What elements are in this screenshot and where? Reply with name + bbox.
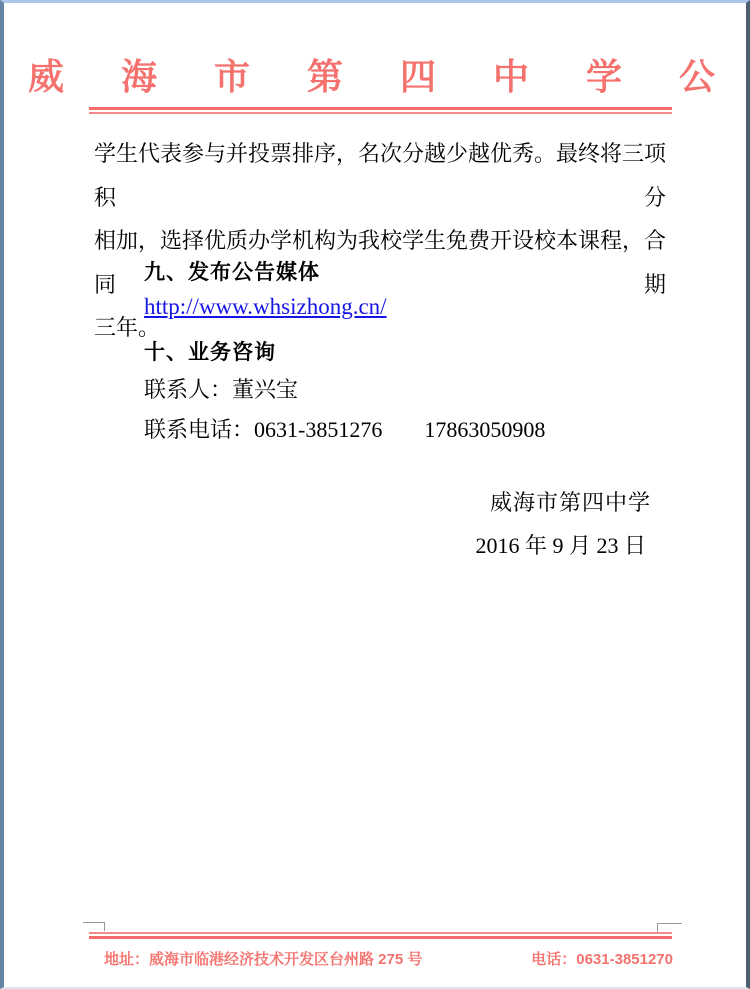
footer-phone: 电话：0631-3851270 xyxy=(531,948,673,969)
school-website-link[interactable]: http://www.whsizhong.cn/ xyxy=(144,294,387,320)
text-boundary-mark-right xyxy=(657,923,682,932)
contact-phone-number-1: 0631-3851276 xyxy=(254,417,382,442)
signature-school-name: 威海市第四中学 xyxy=(490,486,651,517)
footer-divider-thick-line xyxy=(89,936,672,939)
letterhead-divider-thin-line xyxy=(89,112,672,114)
paragraph-line: 学生代表参与并投票排序，名次分越少越优秀。最终将三项积分 xyxy=(94,132,666,219)
text-boundary-mark-left xyxy=(83,922,105,931)
contact-phone-label: 联系电话： xyxy=(144,417,254,442)
contact-phone-line: 联系电话：0631-385127617863050908 xyxy=(144,413,545,444)
footer-divider xyxy=(89,932,672,939)
letter-page: 威 海 市 第 四 中 学 公 用 笺 学生代表参与并投票排序，名次分越少越优秀… xyxy=(0,0,750,989)
footer-address: 地址：威海市临港经济技术开发区台州路 275 号 xyxy=(104,948,422,969)
signature-date: 2016 年 9 月 23 日 xyxy=(475,529,646,560)
contact-phone-number-2: 17863050908 xyxy=(424,417,545,442)
letterhead-title: 威 海 市 第 四 中 学 公 用 笺 xyxy=(4,49,746,100)
footer: 地址：威海市临港经济技术开发区台州路 275 号 电话：0631-3851270 xyxy=(104,948,673,969)
contact-person-line: 联系人：董兴宝 xyxy=(144,373,298,404)
section-nine-heading: 九、发布公告媒体 xyxy=(144,256,320,286)
letterhead-divider xyxy=(89,107,672,114)
section-ten-heading: 十、业务咨询 xyxy=(144,336,276,366)
